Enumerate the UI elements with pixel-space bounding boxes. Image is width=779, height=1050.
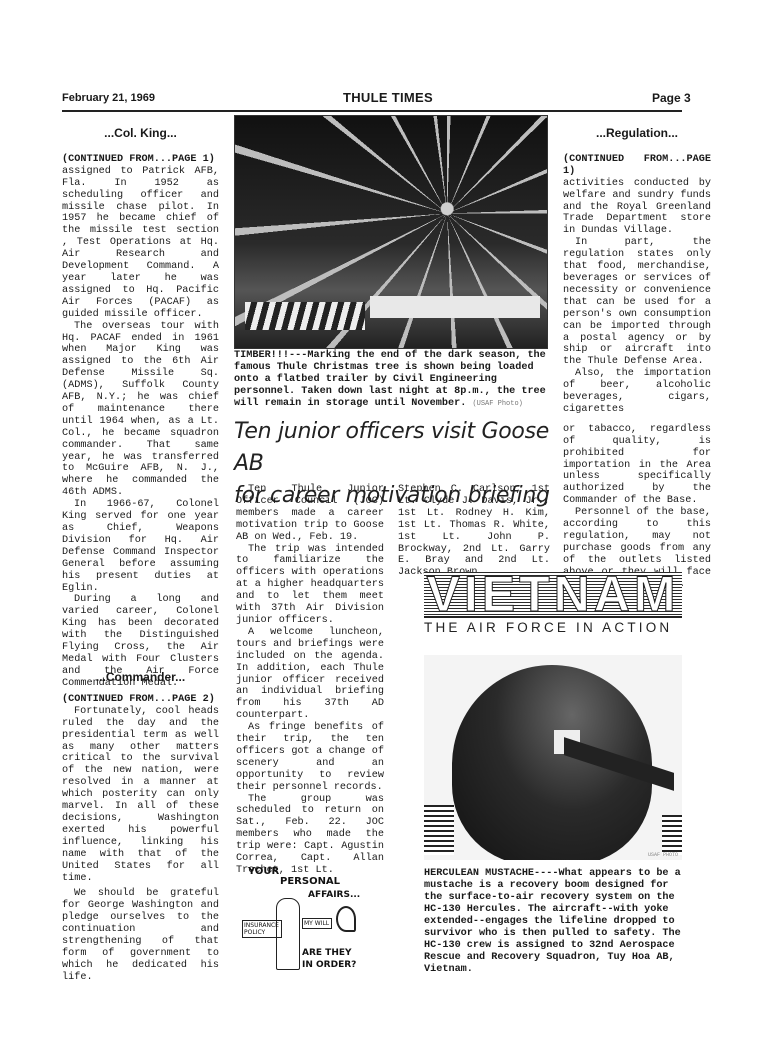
- paragraph: or tabacco, regardless of quality, is pr…: [563, 424, 711, 507]
- paragraph: The overseas tour with Hq. PACAF ended i…: [62, 321, 219, 500]
- paragraph: We should be grateful for George Washing…: [62, 888, 219, 983]
- continued-label: (CONTINUED FROM...PAGE 1): [563, 154, 711, 178]
- masthead-rule: [62, 110, 682, 112]
- tree-photo-caption: TIMBER!!!---Marking the end of the dark …: [234, 350, 546, 410]
- cartoon-text: AFFAIRS...: [308, 890, 360, 900]
- paragraph: The group was scheduled to return on Sat…: [236, 794, 384, 877]
- hc130-aircraft-photo: USAF PHOTO: [424, 655, 682, 860]
- air-force-tagline: THE AIR FORCE IN ACTION: [424, 620, 682, 635]
- cartoon-text: YOUR: [248, 866, 279, 877]
- newspaper-title: THULE TIMES: [343, 90, 433, 105]
- page-number: Page 3: [652, 91, 691, 105]
- photo-credit: (USAF Photo): [472, 400, 522, 408]
- section-title: ...Regulation...: [563, 128, 711, 140]
- paragraph: Ten Thule Junior Officer Council (JOC) m…: [236, 484, 384, 544]
- paragraph: assigned to Patrick AFB, Fla. In 1952 as…: [62, 166, 219, 321]
- col-king-article: ...Col. King... (CONTINUED FROM...PAGE 1…: [62, 128, 219, 690]
- vietnam-banner-text: VIETNAM: [424, 572, 682, 616]
- cartoon-text: ARE THEY: [302, 948, 352, 958]
- vietnam-banner: VIETNAM: [424, 572, 682, 618]
- paragraph: A welcome luncheon, tours and briefings …: [236, 627, 384, 722]
- paragraph: Also, the importation of beer, alcoholic…: [563, 368, 711, 416]
- paragraph: The trip was intended to familiarize the…: [236, 544, 384, 627]
- christmas-tree-photo: [234, 115, 548, 349]
- personal-affairs-cartoon: YOUR PERSONAL AFFAIRS... INSURANCE POLIC…: [240, 866, 360, 978]
- cartoon-doc-will: MY WILL: [302, 918, 332, 929]
- trailer-stripes: [245, 302, 365, 330]
- cartoon-text: PERSONAL: [280, 876, 340, 887]
- section-title: ...Commander...: [62, 672, 219, 684]
- paragraph: activities conducted by welfare and sund…: [563, 178, 711, 238]
- headline-line-1: Ten junior officers visit Goose AB: [234, 416, 554, 480]
- commander-article: ...Commander... (CONTINUED FROM...PAGE 2…: [62, 672, 219, 984]
- issue-date: February 21, 1969: [62, 92, 155, 104]
- photo-credit: USAF PHOTO: [648, 852, 678, 858]
- goose-article-col1: Ten Thule Junior Officer Council (JOC) m…: [236, 484, 384, 877]
- flatbed-trailer: [370, 296, 540, 318]
- section-title: ...Col. King...: [62, 128, 219, 140]
- background-slats: [662, 815, 682, 855]
- paragraph: Stephen C. Carlson, 1st Lt. Clyde J. Dav…: [398, 484, 550, 579]
- continued-label: (CONTINUED FROM...PAGE 2): [62, 694, 219, 706]
- cartoon-text: IN ORDER?: [302, 960, 356, 970]
- paragraph: In part, the regulation states only that…: [563, 237, 711, 368]
- background-slats: [424, 805, 454, 855]
- paragraph: In 1966-67, Colonel King served for one …: [62, 499, 219, 594]
- hc130-caption: HERCULEAN MUSTACHE----What appears to be…: [424, 868, 686, 976]
- regulation-article: ...Regulation... (CONTINUED FROM...PAGE …: [563, 128, 711, 591]
- paragraph: As fringe benefits of their trip, the te…: [236, 722, 384, 793]
- cartoon-doc-insurance: INSURANCE POLICY: [242, 920, 282, 938]
- continued-label: (CONTINUED FROM...PAGE 1): [62, 154, 219, 166]
- question-scribble-icon: [336, 906, 356, 932]
- paragraph: Fortunately, cool heads ruled the day an…: [62, 706, 219, 885]
- goose-article-col2: Stephen C. Carlson, 1st Lt. Clyde J. Dav…: [398, 484, 550, 579]
